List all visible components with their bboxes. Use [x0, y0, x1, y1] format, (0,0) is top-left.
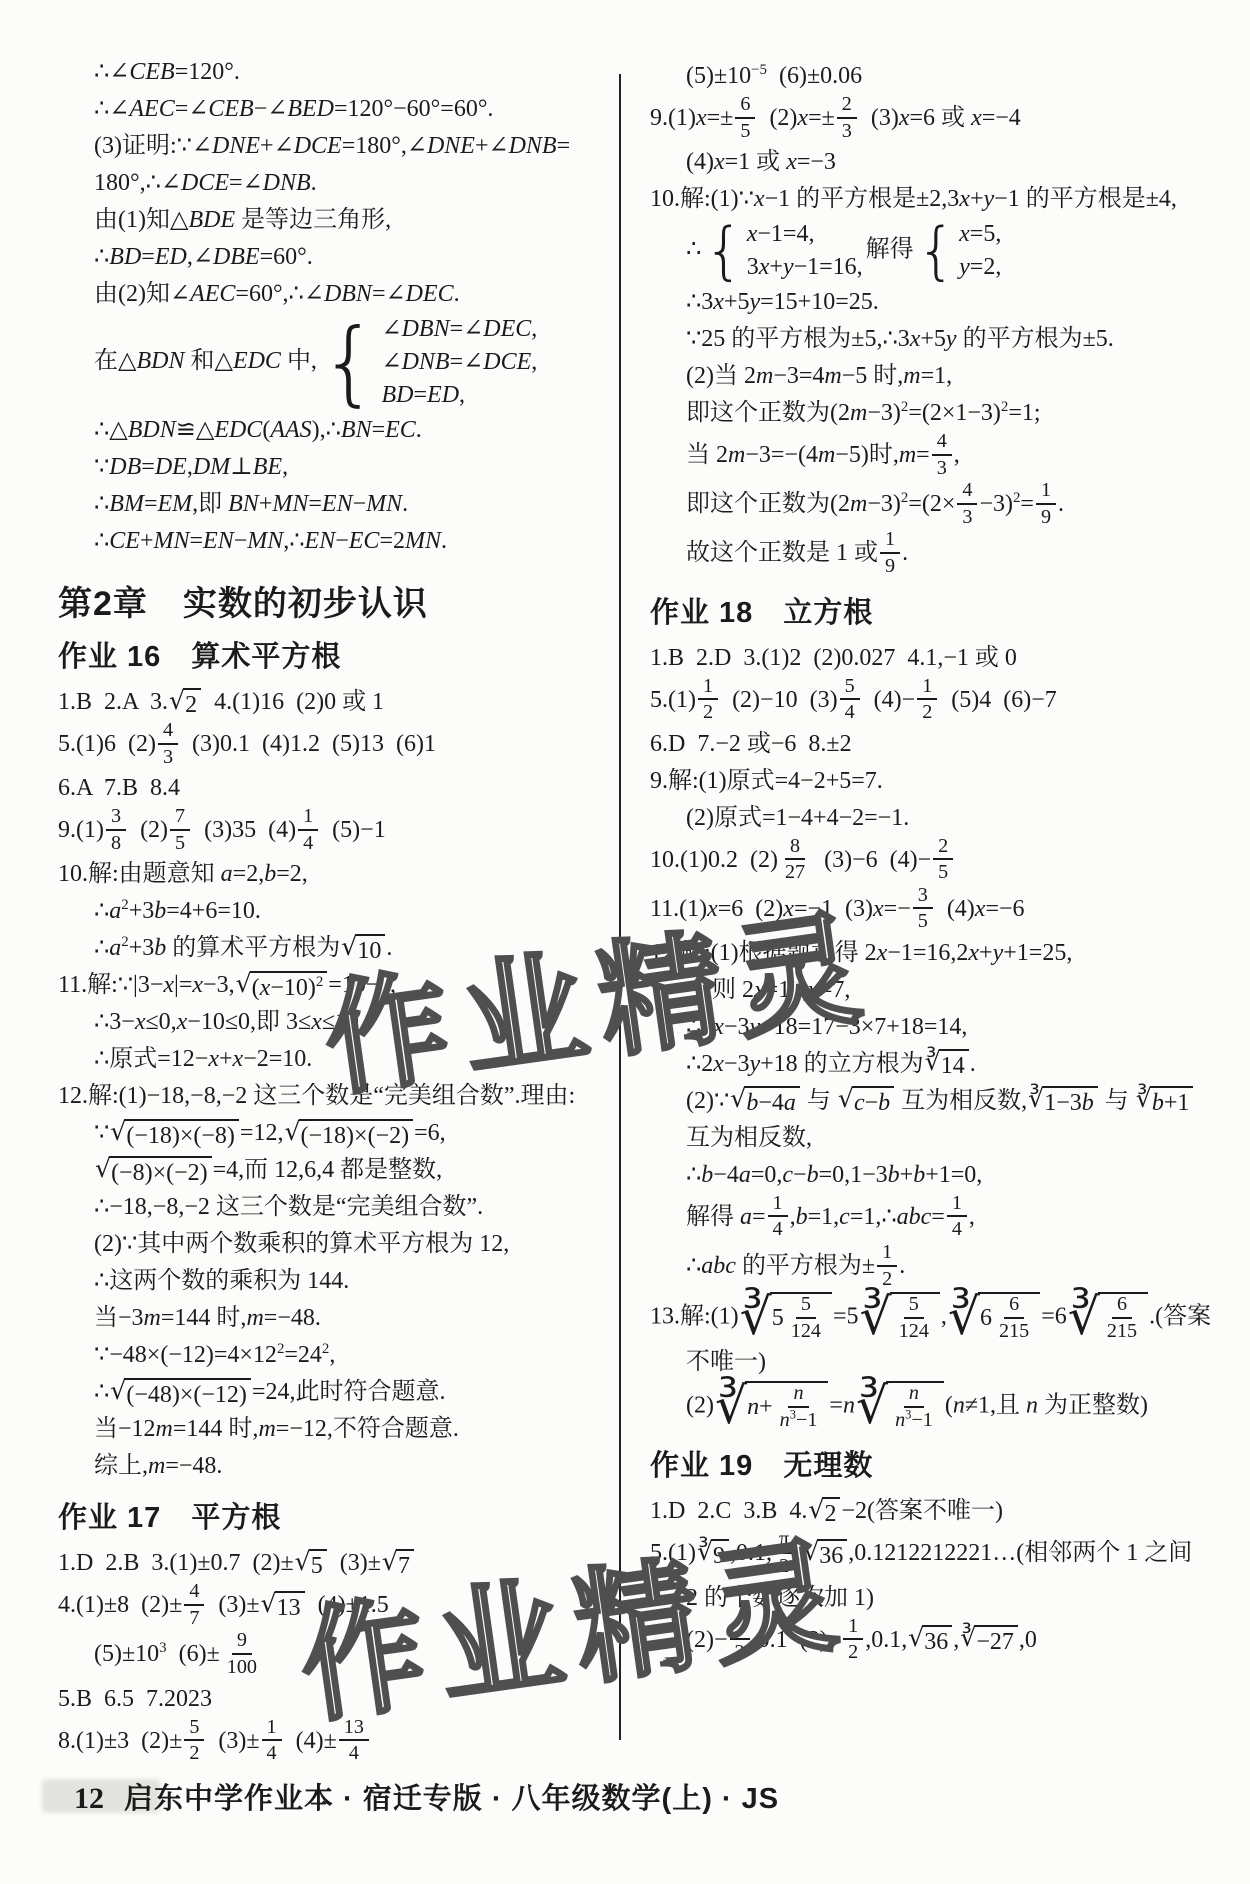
math-text: AEC: [129, 96, 174, 122]
cbrt-expression: ∛n+nn3−1: [715, 1381, 828, 1433]
sqrt-expression: √(−48)×(−12): [110, 1378, 251, 1410]
math-text: b: [264, 861, 276, 887]
answer-line: (2)当 2m−3=4m−5 时,m=1,: [686, 358, 1224, 395]
radical-icon: ∛: [948, 1292, 980, 1342]
brace-icon: {: [320, 317, 379, 409]
math-text: D: [76, 1550, 93, 1576]
fraction: 6215: [1102, 1293, 1142, 1342]
answer-line: 1.B 2.D 3.(1)2 (2)0.027 4.1,−1 或 0: [650, 640, 1224, 677]
equation-row: BD=ED,: [381, 379, 465, 412]
math-text: AEC: [190, 281, 235, 307]
math-text: x: [747, 221, 758, 247]
math-text: DEC: [483, 316, 531, 342]
math-text: n: [747, 1394, 759, 1420]
math-text: a: [109, 898, 121, 924]
math-text: x: [714, 149, 725, 175]
math-text: x: [877, 940, 888, 966]
sqrt-expression: √2: [169, 688, 201, 720]
answer-line: ∴a2+3b=4+6=10.: [94, 893, 616, 930]
math-text: DCE: [181, 170, 229, 196]
equation-row: ∠DBN=∠DEC,: [381, 313, 537, 346]
cbrt-expression: ∛−27: [960, 1625, 1018, 1657]
math-text: b: [888, 1162, 900, 1188]
sqrt-expression: √(−18)×(−2): [284, 1119, 413, 1151]
math-text: x: [786, 149, 797, 175]
answer-line: 5.(1)6 (2)43 (3)0.1 (4)1.2 (5)13 (6)1: [58, 721, 616, 770]
answer-line: ∴这两个数的乘积为 144.: [94, 1263, 616, 1300]
cbrt-expression: ∛66215: [948, 1292, 1040, 1344]
radical-icon: ∛: [856, 1381, 888, 1431]
answer-line: ∴2x−3y+18 的立方根为∛14.: [686, 1046, 1224, 1083]
fraction: 47: [184, 1580, 204, 1629]
equation-row: ∠DNB=∠DCE,: [381, 346, 537, 379]
answer-line: ∴{x−1=4,3x+y−1=16,解得{x=5,y=2,: [686, 218, 1224, 284]
math-text: y: [749, 1051, 760, 1077]
sqrt-expression: √b−4a: [730, 1086, 800, 1118]
equation-row: x=5,: [959, 218, 1001, 251]
answer-line: ∴2x−3y+18=17−3×7+18=14,: [686, 1009, 1224, 1046]
math-text: D: [668, 1498, 685, 1524]
math-text: DE: [155, 454, 187, 480]
answer-line: ∴−18,−8,−2 这三个数是“完美组合数”.: [94, 1189, 616, 1226]
superscript: 2: [901, 399, 908, 415]
math-text: n: [953, 1393, 965, 1419]
math-text: x: [311, 1009, 322, 1035]
math-text: BD: [381, 382, 413, 408]
math-text: m: [850, 491, 867, 517]
math-text: x: [899, 105, 910, 131]
math-text: y: [959, 254, 970, 280]
chapter-heading: 第2章 实数的初步认识: [58, 584, 616, 624]
math-text: x: [177, 1009, 188, 1035]
answer-line: 6.D 7.−2 或−6 8.±2: [650, 726, 1224, 763]
answer-line: 9.(1)38 (2)75 (3)35 (4)14 (5)−1: [58, 807, 616, 856]
math-text: x: [975, 896, 986, 922]
math-text: x: [713, 1051, 724, 1077]
fraction: 65: [735, 93, 755, 142]
answer-line: ∴CE+MN=EN−MN,∴EN−EC=2MN.: [94, 523, 616, 560]
fraction: nn3−1: [775, 1382, 823, 1431]
math-text: D: [714, 645, 731, 671]
superscript: 2: [322, 1341, 329, 1357]
math-text: DNE: [427, 133, 475, 159]
math-text: m: [144, 1305, 161, 1331]
answer-line: ∴a2+3b 的算术平方根为√10.: [94, 930, 616, 967]
answer-line: 1.D 2.B 3.(1)±0.7 (2)±√5 (3)±√7: [58, 1545, 616, 1582]
math-text: a: [109, 935, 121, 961]
fraction: 23: [837, 93, 857, 142]
math-text: DBN: [324, 281, 372, 307]
equation-system: {x=5,y=2,: [917, 218, 1002, 284]
equation-row: 3x+y−1=16,: [747, 251, 863, 284]
fraction: 14: [768, 1192, 788, 1241]
answer-line: ∴原式=12−x+x−2=10.: [94, 1041, 616, 1078]
math-text: y: [946, 326, 957, 352]
math-text: x: [163, 972, 174, 998]
column-divider: [619, 74, 621, 1740]
fraction: 9100: [222, 1629, 262, 1678]
superscript: 3: [790, 1407, 796, 1421]
fraction: 43: [957, 479, 977, 528]
equation-row: y=2,: [959, 251, 1001, 284]
answer-line: ∴BM=EM,即 BN+MN=EN−MN.: [94, 486, 616, 523]
radical-icon: ∛: [715, 1381, 747, 1431]
fraction: 134: [339, 1716, 369, 1765]
fraction: 38: [106, 805, 126, 854]
answer-line: 180°,∴∠DCE=∠DNB.: [94, 165, 616, 202]
answer-line: 不唯一): [686, 1344, 1224, 1381]
answer-line: 4.(1)±8 (2)±47 (3)±√13 (4)±1.5: [58, 1582, 616, 1631]
math-text: B: [76, 1686, 92, 1712]
math-text: CE: [109, 528, 140, 554]
sqrt-expression: √7: [382, 1549, 414, 1581]
answer-line: 互为相反数,: [686, 1120, 1224, 1157]
fraction: π2: [774, 1528, 794, 1577]
math-text: b: [154, 898, 166, 924]
cbrt-expression: ∛b+1: [1136, 1086, 1194, 1118]
fraction: 52: [184, 1716, 204, 1765]
answer-line: (5)±10−5 (6)±0.06: [686, 58, 1224, 95]
answer-line: 10.解:(1)∵x−1 的平方根是±2,3x+y−1 的平方根是±4,: [650, 181, 1224, 218]
math-text: EN: [322, 491, 353, 517]
math-text: ED: [427, 382, 459, 408]
math-text: x: [208, 1046, 219, 1072]
math-text: c: [839, 1204, 850, 1230]
superscript: 2: [121, 934, 128, 950]
math-text: B: [76, 689, 92, 715]
sqrt-expression: √36: [803, 1539, 847, 1571]
math-text: MN: [247, 528, 283, 554]
fraction: 25: [933, 835, 953, 884]
math-text: b: [746, 1090, 758, 1116]
math-text: m: [756, 363, 773, 389]
math-text: MN: [366, 491, 402, 517]
radical-icon: ∛: [1068, 1292, 1100, 1342]
fraction: nn3−1: [890, 1382, 938, 1431]
math-text: BDE: [188, 207, 235, 233]
math-text: a: [739, 1162, 751, 1188]
math-text: y: [808, 977, 819, 1003]
answer-line: (5)±103 (6)±9100: [94, 1631, 616, 1680]
superscript: 2: [1013, 490, 1020, 506]
fraction: 5124: [894, 1293, 934, 1342]
cbrt-expression: ∛5124: [860, 1292, 940, 1344]
math-text: m: [850, 400, 867, 426]
math-text: x: [696, 105, 707, 131]
answer-line: (2)原式=1−4+4−2=−1.: [686, 800, 1224, 837]
cbrt-expression: ∛14: [925, 1049, 969, 1081]
fraction: 6215: [994, 1293, 1034, 1342]
sqrt-expression: √2: [808, 1497, 840, 1529]
math-text: B: [761, 1498, 777, 1524]
math-text: abc: [701, 1253, 736, 1279]
math-text: a: [784, 1090, 796, 1116]
answer-line: ∴b−4a=0,c−b=0,1−3b+b+1=0,: [686, 1157, 1224, 1194]
math-text: x: [968, 940, 979, 966]
answer-line: 由(1)知△BDE 是等边三角形,: [94, 202, 616, 239]
math-text: CEB: [208, 96, 253, 122]
cbrt-expression: ∛1−3b: [1028, 1086, 1098, 1118]
assignment-heading: 作业 17 平方根: [58, 1501, 616, 1535]
math-text: x: [797, 105, 808, 131]
math-text: BDN: [128, 417, 176, 443]
math-text: BN: [341, 417, 372, 443]
math-text: c: [782, 1162, 793, 1188]
answer-line: (2)−12,0.1 (3)−12,0.1,√36,∛−27,0: [686, 1617, 1224, 1666]
math-text: A: [76, 775, 92, 801]
math-text: EDC: [214, 417, 262, 443]
math-text: D: [668, 731, 685, 757]
fraction: 827: [780, 835, 810, 884]
math-text: b: [878, 1090, 890, 1116]
fraction: 12: [698, 675, 718, 724]
math-text: m: [899, 442, 916, 468]
math-text: y: [993, 940, 1004, 966]
math-text: c: [854, 1090, 865, 1116]
fraction: 54: [840, 675, 860, 724]
math-text: DNB: [263, 170, 311, 196]
math-text: DCE: [483, 349, 531, 375]
superscript: 3: [159, 1640, 166, 1656]
equation-system: {x−1=4,3x+y−1=16,: [704, 218, 862, 284]
math-text: x: [233, 1046, 244, 1072]
answer-line: (2)∵√b−4a 与 √c−b 互为相反数,∛1−3b 与 ∛b+1: [686, 1083, 1224, 1120]
math-text: EN: [305, 528, 336, 554]
math-text: x: [959, 186, 970, 212]
math-text: b: [701, 1162, 713, 1188]
math-text: A: [122, 689, 138, 715]
math-text: m: [156, 1416, 173, 1442]
math-text: x: [783, 896, 794, 922]
math-text: DCE: [294, 133, 342, 159]
math-text: b: [807, 1162, 819, 1188]
answer-line: 5.(1)12 (2)−10 (3)54 (4)−12 (5)4 (6)−7: [650, 677, 1224, 726]
answer-line: 5.B 6.5 7.2023: [58, 1681, 616, 1718]
math-text: abc: [897, 1204, 932, 1230]
answer-line: (2)∛n+nn3−1=n∛nn3−1(n≠1,且 n 为正整数): [686, 1381, 1224, 1433]
answer-line: 故这个正数是 1 或19.: [686, 530, 1224, 579]
answer-line: 综上,m=−48.: [94, 1448, 616, 1485]
math-text: CEB: [129, 59, 174, 85]
radical-icon: ∛: [740, 1292, 772, 1342]
page-number: 12: [74, 1782, 104, 1816]
answer-line: 则 2x=17,y=7,: [712, 972, 1224, 1009]
math-text: DEC: [406, 281, 454, 307]
math-text: EC: [385, 417, 416, 443]
math-text: BED: [287, 96, 334, 122]
math-text: n: [895, 1409, 905, 1431]
superscript: 2: [121, 897, 128, 913]
sqrt-expression: √(−8)×(−2): [95, 1156, 212, 1188]
math-text: a: [740, 1204, 752, 1230]
fraction: 5124: [786, 1293, 826, 1342]
math-text: x: [192, 972, 203, 998]
math-text: EC: [349, 528, 380, 554]
answer-line: ∴∠AEC=∠CEB−∠BED=120°−60°=60°.: [94, 91, 616, 128]
sqrt-expression: √36: [908, 1625, 952, 1657]
answer-line: 13.解:(1)∛55124=5∛5124,∛66215=6∛6215.(答案: [650, 1292, 1224, 1344]
fraction: 19: [1036, 479, 1056, 528]
math-text: EM: [157, 491, 192, 517]
math-text: B: [668, 645, 684, 671]
cbrt-expression: ∛9: [697, 1539, 729, 1571]
math-text: m: [824, 363, 841, 389]
math-text: x: [759, 254, 770, 280]
left-column: ∴∠CEB=120°.∴∠AEC=∠CEB−∠BED=120°−60°=60°.…: [58, 54, 616, 1767]
fraction: 43: [932, 430, 952, 479]
math-text: EDC: [233, 348, 281, 374]
equation-row: x−1=4,: [747, 218, 815, 251]
answer-line: 9.解:(1)原式=4−2+5=7.: [650, 763, 1224, 800]
math-text: m: [246, 1305, 263, 1331]
math-text: B: [122, 775, 138, 801]
assignment-heading: 作业 19 无理数: [650, 1449, 1224, 1483]
brace-icon: {: [704, 220, 743, 282]
math-text: DNB: [402, 349, 450, 375]
answer-line: 1.B 2.A 3.√2 4.(1)16 (2)0 或 1: [58, 684, 616, 721]
math-text: BN: [228, 491, 259, 517]
math-text: DBE: [213, 244, 260, 270]
answer-line: ∴∠CEB=120°.: [94, 54, 616, 91]
answer-line: (4)x=1 或 x=−3: [686, 144, 1224, 181]
math-text: x: [707, 896, 718, 922]
math-text: MN: [272, 491, 308, 517]
answer-line: 1.D 2.C 3.B 4.√2−2(答案不唯一): [650, 1493, 1224, 1530]
answer-line: (3)证明:∵∠DNE+∠DCE=180°,∠DNE+∠DNB=: [94, 128, 616, 165]
cbrt-expression: ∛6215: [1068, 1292, 1148, 1344]
math-text: n: [909, 1382, 919, 1404]
math-text: EN: [203, 528, 234, 554]
sqrt-expression: √(−18)×(−8): [110, 1119, 239, 1151]
sqrt-expression: √5: [295, 1549, 327, 1581]
answer-line: 12.解:(1)根据题意得 2x−1=16,2x+y+1=25,: [650, 935, 1224, 972]
sqrt-expression: √(x−10)2: [236, 971, 328, 1003]
answer-line: 12.解:(1)−18,−8,−2 这三个数是“完美组合数”.理由:: [58, 1078, 616, 1115]
equation-system: {∠DBN=∠DEC,∠DNB=∠DCE,BD=ED,: [320, 313, 537, 412]
fraction: 14: [298, 805, 318, 854]
answer-line: 由(2)知∠AEC=60°,∴∠DBN=∠DEC.: [94, 276, 616, 313]
assignment-heading: 作业 16 算术平方根: [58, 640, 616, 674]
answer-line: 11.解:∵|3−x|=x−3,√(x−10)2=10−x,: [58, 967, 616, 1004]
math-text: x: [379, 972, 390, 998]
math-text: y: [783, 254, 794, 280]
superscript: 2: [277, 1341, 284, 1357]
answer-line: 当−3m=144 时,m=−48.: [94, 1300, 616, 1337]
answer-line: √(−8)×(−2)=4,而 12,6,4 都是整数,: [94, 1152, 616, 1189]
math-text: DM: [193, 454, 230, 480]
answer-line: ∵DB=DE,DM⊥BE,: [94, 449, 616, 486]
answer-line: (2)∵其中两个数乘积的算术平方根为 12,: [94, 1226, 616, 1263]
math-text: m: [148, 1453, 165, 1479]
math-text: m: [258, 1416, 275, 1442]
cbrt-expression: ∛nn3−1: [856, 1381, 944, 1433]
math-text: n: [843, 1393, 855, 1419]
answer-line: 当 2m−3=−(4m−5)时,m=43,: [686, 432, 1224, 481]
answer-line: ∵−48×(−12)=4×122=242,: [94, 1337, 616, 1374]
math-text: x: [713, 1014, 724, 1040]
math-text: b: [1082, 1090, 1094, 1116]
math-text: BDN: [136, 348, 184, 374]
math-text: DNE: [212, 133, 260, 159]
sqrt-expression: √13: [261, 1591, 305, 1623]
sqrt-expression: √10: [341, 934, 385, 966]
assignment-heading: 作业 18 立方根: [650, 596, 1224, 630]
math-text: n: [1026, 1393, 1038, 1419]
math-text: x: [713, 289, 724, 315]
answer-line: ∴BD=ED,∠DBE=60°.: [94, 239, 616, 276]
answer-line: 8.(1)±3 (2)±52 (3)±14 (4)±134: [58, 1718, 616, 1767]
answer-line: 11.(1)x=6 (2)x=−1 (3)x=−35 (4)x=−6: [650, 886, 1224, 935]
math-text: DBN: [402, 316, 450, 342]
page-footer: 12 启东中学作业本 · 宿迁专版 · 八年级数学(上) · JS: [74, 1776, 779, 1817]
math-text: DNB: [509, 133, 557, 159]
fraction: 75: [170, 805, 190, 854]
superscript: 2: [316, 974, 323, 990]
superscript: 2: [1001, 399, 1008, 415]
math-text: BE: [253, 454, 282, 480]
cbrt-expression: ∛55124: [740, 1292, 832, 1344]
sqrt-expression: √c−b: [838, 1086, 894, 1118]
answer-line: 10.(1)0.2 (2)827 (3)−6 (4)−25: [650, 837, 1224, 886]
answer-line: ∵25 的平方根为±5,∴3x+5y 的平方根为±5.: [686, 321, 1224, 358]
fraction: 14: [947, 1192, 967, 1241]
math-text: y: [749, 289, 760, 315]
math-text: x: [959, 221, 970, 247]
math-text: AAS: [270, 417, 311, 443]
booklet-title: 启东中学作业本 · 宿迁专版 · 八年级数学(上) · JS: [124, 1776, 779, 1817]
math-text: b: [154, 935, 166, 961]
math-text: MN: [405, 528, 441, 554]
math-text: x: [754, 977, 765, 1003]
answer-line: 2 的个数逐次加 1): [686, 1580, 1224, 1617]
fraction: 43: [158, 719, 178, 768]
fraction: 12: [730, 1615, 750, 1664]
fraction: 35: [913, 884, 933, 933]
radical-icon: ∛: [860, 1292, 892, 1342]
math-text: x: [910, 326, 921, 352]
math-text: a: [221, 861, 233, 887]
math-text: b: [1152, 1090, 1164, 1116]
brace-icon: {: [917, 220, 956, 282]
math-text: n: [780, 1409, 790, 1431]
fraction: 12: [843, 1615, 863, 1664]
math-text: MN: [154, 528, 190, 554]
answer-line: 解得 a=14,b=1,c=1,∴abc=14,: [686, 1194, 1224, 1243]
math-text: x: [260, 975, 271, 1001]
math-text: B: [123, 1550, 139, 1576]
math-text: BD: [109, 244, 141, 270]
math-text: b: [796, 1204, 808, 1230]
answer-line: ∴3x+5y=15+10=25.: [686, 284, 1224, 321]
math-text: x: [873, 896, 884, 922]
math-text: x: [971, 105, 982, 131]
answer-line: 10.解:由题意知 a=2,b=2,: [58, 856, 616, 893]
answer-line: 即这个正数为(2m−3)2=(2×43−3)2=19.: [686, 481, 1224, 530]
superscript: −5: [751, 62, 767, 78]
math-text: n: [793, 1382, 803, 1404]
right-column: (5)±10−5 (6)±0.069.(1)x=±65 (2)x=±23 (3)…: [650, 58, 1224, 1666]
math-text: y: [984, 186, 995, 212]
fraction: 14: [262, 1716, 282, 1765]
math-text: m: [818, 442, 835, 468]
fraction: 12: [917, 675, 937, 724]
math-text: y: [749, 1014, 760, 1040]
answer-line: ∴abc 的平方根为±12.: [686, 1243, 1224, 1292]
math-text: x: [135, 1009, 146, 1035]
superscript: 2: [901, 490, 908, 506]
math-text: BM: [109, 491, 144, 517]
math-text: C: [715, 1498, 731, 1524]
